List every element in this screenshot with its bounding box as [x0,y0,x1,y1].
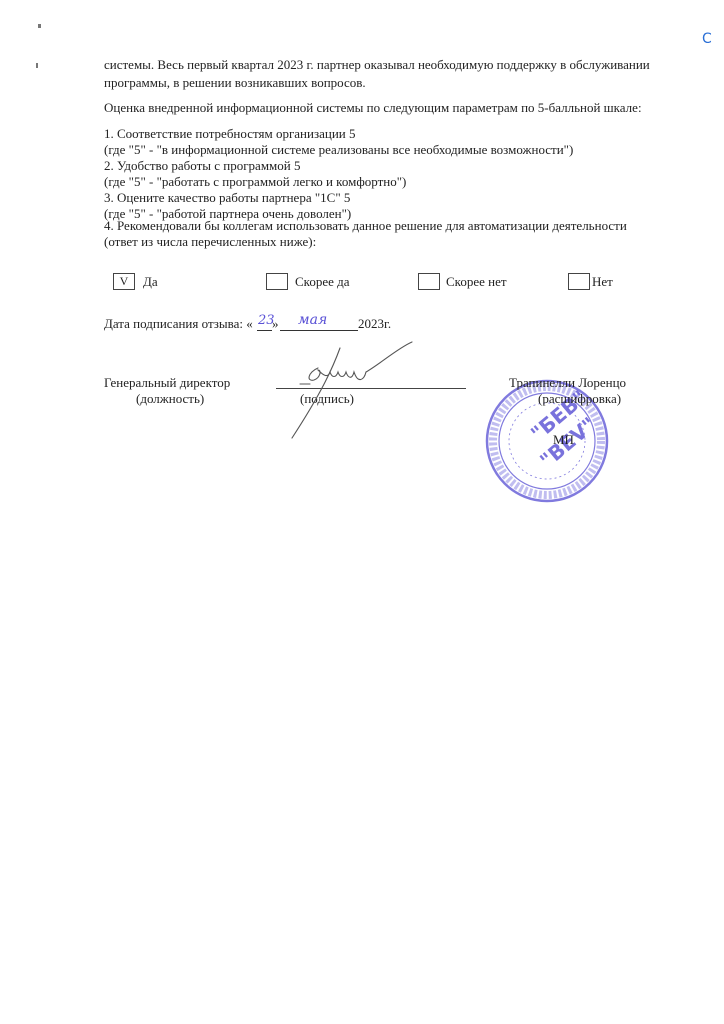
item-2-note: (где "5" - "работать с программой легко … [104,174,406,190]
item-4-question: 4. Рекомендовали бы коллегам использоват… [104,218,627,234]
option-skoree-da-checkbox[interactable] [266,273,288,290]
date-month: мая [298,312,327,328]
option-skoree-net-checkbox[interactable] [418,273,440,290]
date-month-underline [280,330,358,331]
item-2-question: 2. Удобство работы с программой 5 [104,158,300,174]
position-caption: (должность) [136,391,204,407]
handwritten-signature-icon [280,340,420,440]
item-3-question: 3. Оцените качество работы партнера "1С"… [104,190,350,206]
stamp-label: МП [553,432,574,448]
option-skoree-net-label: Скорее нет [446,273,507,290]
option-net-checkbox[interactable] [568,273,590,290]
item-1-question: 1. Соответствие потребностям организации… [104,126,356,142]
option-skoree-da-label: Скорее да [295,273,350,290]
date-year: 2023г. [358,316,391,332]
intro-line-2: программы, в решении возникавших вопросо… [104,75,366,91]
option-da-checkbox[interactable]: V [113,273,135,290]
signer-name: Трапинелли Лоренцо [509,375,626,391]
option-da-label: Да [143,273,158,290]
date-close-quote: » [272,316,279,332]
signer-position: Генеральный директор [104,375,230,391]
corner-mark: C [702,31,712,47]
item-1-note: (где "5" - "в информационной системе реа… [104,142,573,158]
option-net-label: Нет [592,273,613,290]
scan-speck [36,63,38,68]
intro-line-1: системы. Весь первый квартал 2023 г. пар… [104,57,650,73]
rating-heading: Оценка внедренной информационной системы… [104,100,642,116]
item-4-note: (ответ из числа перечисленных ниже): [104,234,316,250]
name-caption: (расшифровка) [538,391,621,407]
date-day-underline [257,330,272,331]
scan-speck [38,24,41,28]
date-label: Дата подписания отзыва: « [104,316,253,332]
